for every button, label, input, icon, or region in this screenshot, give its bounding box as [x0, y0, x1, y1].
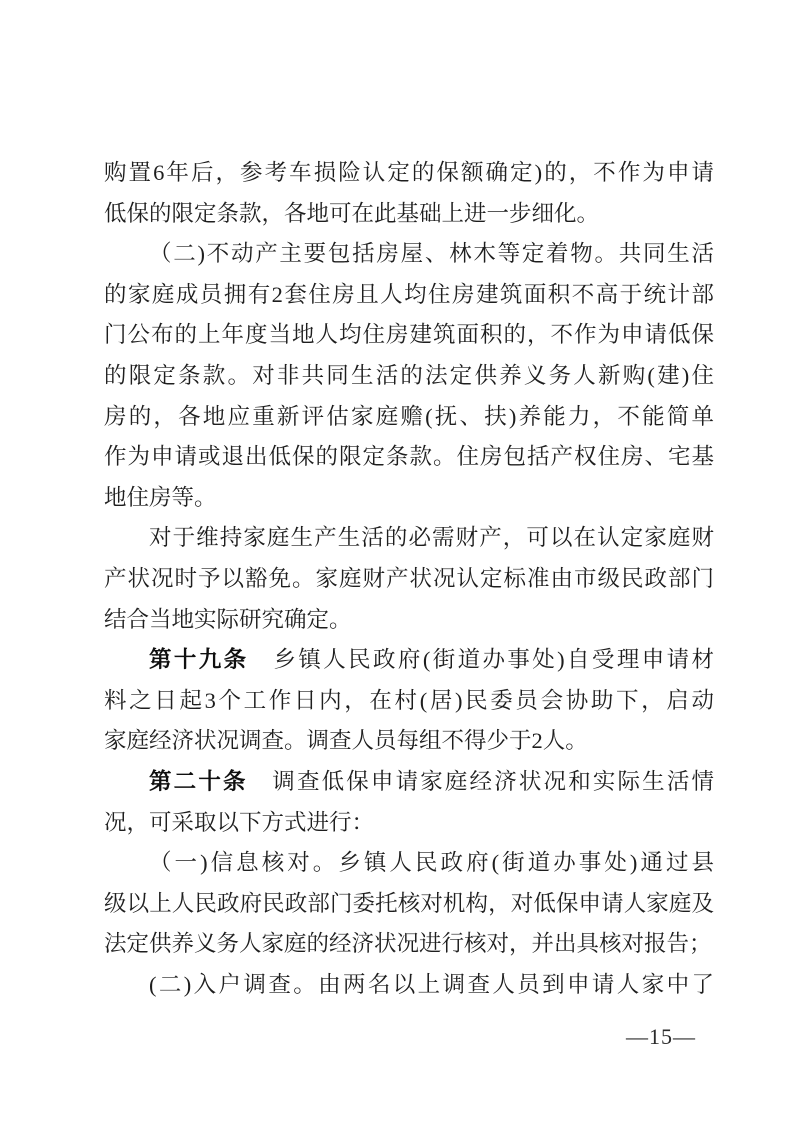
text-line: 门公布的上年度当地人均住房建筑面积的，不作为申请低保 — [104, 315, 714, 356]
line-text: 作为申请或退出低保的限定条款。住房包括产权住房、宅基 — [104, 444, 714, 469]
text-line: 作为申请或退出低保的限定条款。住房包括产权住房、宅基 — [104, 437, 714, 478]
text-line: 的限定条款。对非共同生活的法定供养义务人新购(建)住 — [104, 356, 714, 397]
article-line: 第二十条 调查低保申请家庭经济状况和实际生活情 — [104, 762, 714, 803]
article-number: 第十九条 — [149, 647, 249, 672]
text-line: 产状况时予以豁免。家庭财产状况认定标准由市级民政部门 — [104, 559, 714, 600]
text-line: 级以上人民政府民政部门委托核对机构，对低保申请人家庭及 — [104, 884, 714, 925]
text-line: (二)入户调查。由两名以上调查人员到申请人家中了 — [104, 965, 714, 1006]
text-line: 家庭经济状况调查。调查人员每组不得少于2人。 — [104, 721, 714, 762]
article-line: 第十九条 乡镇人民政府(街道办事处)自受理申请材 — [104, 640, 714, 681]
document-page: 购置6年后，参考车损险认定的保额确定)的，不作为申请低保的限定条款，各地可在此基… — [0, 0, 806, 1130]
line-text: 低保的限定条款，各地可在此基础上进一步细化。 — [104, 201, 599, 226]
text-line: （二)不动产主要包括房屋、林木等定着物。共同生活 — [104, 234, 714, 275]
line-text: 的家庭成员拥有2套住房且人均住房建筑面积不高于统计部 — [104, 282, 714, 307]
line-text: 购置6年后，参考车损险认定的保额确定)的，不作为申请 — [104, 160, 714, 185]
line-text: （一)信息核对。乡镇人民政府(街道办事处)通过县 — [149, 850, 714, 875]
line-text: 乡镇人民政府(街道办事处)自受理申请材 — [249, 647, 714, 672]
page-number: —15— — [626, 1022, 696, 1052]
line-text: 对于维持家庭生产生活的必需财产，可以在认定家庭财 — [149, 525, 714, 550]
line-text: 结合当地实际研究确定。 — [104, 607, 352, 632]
line-text: (二)入户调查。由两名以上调查人员到申请人家中了 — [149, 972, 714, 997]
text-line: 对于维持家庭生产生活的必需财产，可以在认定家庭财 — [104, 518, 714, 559]
line-text: 房的，各地应重新评估家庭赡(抚、扶)养能力，不能简单 — [104, 404, 714, 429]
line-text: 的限定条款。对非共同生活的法定供养义务人新购(建)住 — [104, 363, 714, 388]
text-line: 况，可采取以下方式进行： — [104, 803, 714, 844]
line-text: 况，可采取以下方式进行： — [104, 810, 374, 835]
line-text: 家庭经济状况调查。调查人员每组不得少于2人。 — [104, 728, 588, 753]
line-text: 产状况时予以豁免。家庭财产状况认定标准由市级民政部门 — [104, 566, 714, 591]
article-number: 第二十条 — [149, 769, 248, 794]
text-line: 地住房等。 — [104, 478, 714, 519]
line-text: 级以上人民政府民政部门委托核对机构，对低保申请人家庭及 — [104, 891, 714, 916]
text-line: 的家庭成员拥有2套住房且人均住房建筑面积不高于统计部 — [104, 275, 714, 316]
text-line: 房的，各地应重新评估家庭赡(抚、扶)养能力，不能简单 — [104, 397, 714, 438]
line-text: 料之日起3个工作日内，在村(居)民委员会协助下，启动 — [104, 688, 714, 713]
line-text: 调查低保申请家庭经济状况和实际生活情 — [248, 769, 714, 794]
text-line: 法定供养义务人家庭的经济状况进行核对，并出具核对报告； — [104, 924, 714, 965]
text-line: 结合当地实际研究确定。 — [104, 600, 714, 641]
text-line: 低保的限定条款，各地可在此基础上进一步细化。 — [104, 194, 714, 235]
line-text: 地住房等。 — [104, 485, 217, 510]
text-line: （一)信息核对。乡镇人民政府(街道办事处)通过县 — [104, 843, 714, 884]
text-line: 购置6年后，参考车损险认定的保额确定)的，不作为申请 — [104, 153, 714, 194]
line-text: 门公布的上年度当地人均住房建筑面积的，不作为申请低保 — [104, 322, 714, 347]
line-text: （二)不动产主要包括房屋、林木等定着物。共同生活 — [149, 241, 714, 266]
document-body: 购置6年后，参考车损险认定的保额确定)的，不作为申请低保的限定条款，各地可在此基… — [104, 153, 714, 1005]
line-text: 法定供养义务人家庭的经济状况进行核对，并出具核对报告； — [104, 931, 712, 956]
text-line: 料之日起3个工作日内，在村(居)民委员会协助下，启动 — [104, 681, 714, 722]
